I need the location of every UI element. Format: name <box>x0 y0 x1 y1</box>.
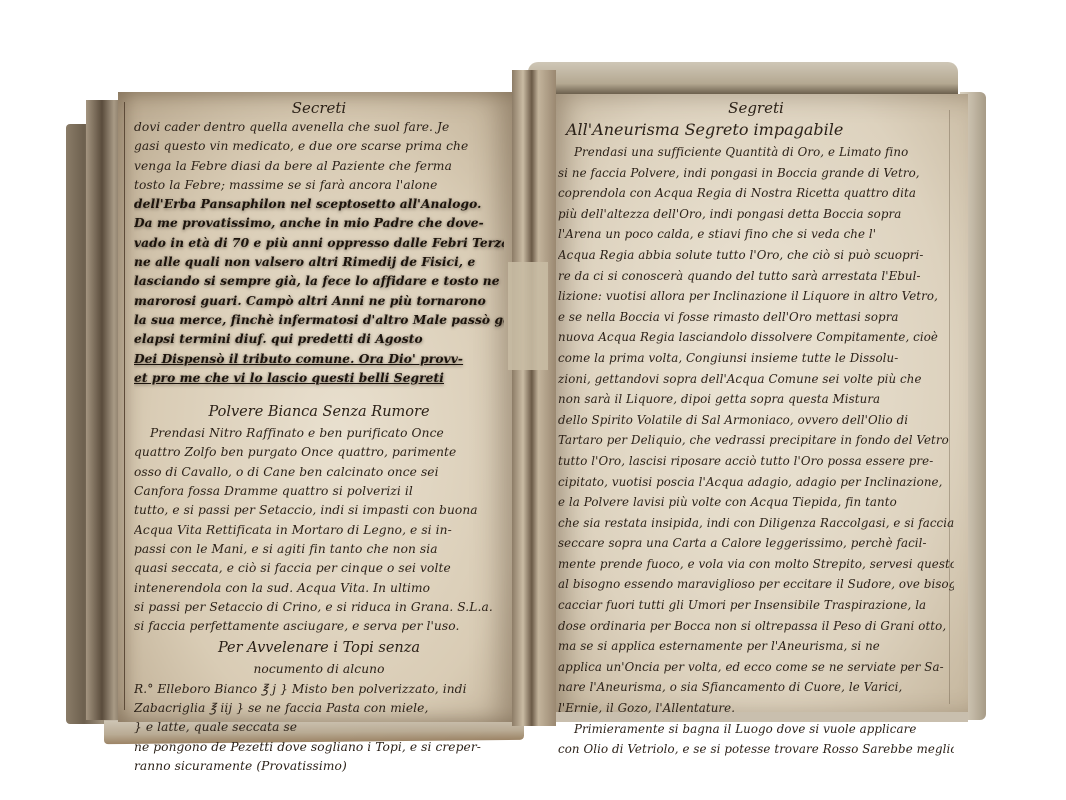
text-line: al bisogno essendo maraviglioso per ecci… <box>558 574 954 595</box>
text-line: dose ordinaria per Bocca non si oltrepas… <box>558 616 954 637</box>
text-line: ranno sicuramente (Provatissimo) <box>134 757 504 776</box>
text-line: l'Arena un poco calda, e stiavi fino che… <box>558 224 954 245</box>
text-line: dovi cader dentro quella avenella che su… <box>134 118 504 137</box>
text-line: si ne faccia Polvere, indi pongasi in Bo… <box>558 163 954 184</box>
right-page-text: Segreti All'Aneurisma Segreto impagabile… <box>558 98 954 760</box>
text-line: la sua merce, finchè infermatosi d'altro… <box>134 311 504 330</box>
text-line: tutto l'Oro, lascisi riposare acciò tutt… <box>558 451 954 472</box>
text-line: come la prima volta, Congiunsi insieme t… <box>558 348 954 369</box>
text-line: } e latte, quale seccata se <box>134 718 504 737</box>
text-line: ne pongono de Pezetti dove sogliano i To… <box>134 738 504 757</box>
text-line: e la Polvere lavisi più volte con Acqua … <box>558 492 954 513</box>
text-line: Prendasi Nitro Raffinato e ben purificat… <box>134 424 504 443</box>
text-line: osso di Cavallo, o di Cane ben calcinato… <box>134 463 504 482</box>
section-subheading: nocumento di alcuno <box>134 660 504 679</box>
text-line: intenerendola con la sud. Acqua Vita. In… <box>134 579 504 598</box>
left-margin-rule <box>124 102 125 710</box>
section-heading: Per Avvelenare i Topi senza <box>134 636 504 660</box>
text-line: et pro me che vi lo lascio questi belli … <box>134 369 504 388</box>
text-line: nuova Acqua Regia lasciandolo dissolvere… <box>558 327 954 348</box>
text-line: Primieramente si bagna il Luogo dove si … <box>558 719 954 740</box>
text-line: elapsi termini diuf. qui predetti di Ago… <box>134 330 504 349</box>
text-line: vado in età di 70 e più anni oppresso da… <box>134 234 504 253</box>
text-line: Prendasi una sufficiente Quantità di Oro… <box>558 142 954 163</box>
text-line: lizione: vuotisi allora per Inclinazione… <box>558 286 954 307</box>
text-line: tutto, e si passi per Setaccio, indi si … <box>134 501 504 520</box>
text-line: lasciando si sempre già, la fece lo affi… <box>134 272 504 291</box>
text-line: Acqua Regia abbia solute tutto l'Oro, ch… <box>558 245 954 266</box>
text-line: più dell'altezza dell'Oro, indi pongasi … <box>558 204 954 225</box>
text-line: venga la Febre diasi da bere al Paziente… <box>134 157 504 176</box>
open-manuscript-book: Secreti dovi cader dentro quella avenell… <box>0 0 1066 800</box>
text-line: marorosi guari. Campò altri Anni ne più … <box>134 292 504 311</box>
text-line: gasi questo vin medicato, e due ore scar… <box>134 137 504 156</box>
text-line: re da ci si conoscerà quando del tutto s… <box>558 266 954 287</box>
text-line: Zabacriglia ℥ iij } se ne faccia Pasta c… <box>134 699 504 718</box>
text-line: passi con le Mani, e si agiti fin tanto … <box>134 540 504 559</box>
text-line: ma se si applica esternamente per l'Aneu… <box>558 636 954 657</box>
text-line: seccare sopra una Carta a Calore leggeri… <box>558 533 954 554</box>
page-title: All'Aneurisma Segreto impagabile <box>558 118 954 142</box>
text-line: Tartaro per Deliquio, che vedrassi preci… <box>558 430 954 451</box>
text-line: si passi per Setaccio di Crino, e si rid… <box>134 598 504 617</box>
text-line: dell'Erba Pansaphilon nel sceptosetto al… <box>134 195 504 214</box>
section-heading: Polvere Bianca Senza Rumore <box>134 400 504 424</box>
text-line: non sarà il Liquore, dipoi getta sopra q… <box>558 389 954 410</box>
text-line: quattro Zolfo ben purgato Once quattro, … <box>134 443 504 462</box>
text-line: R.° Elleboro Bianco ℥ j } Misto ben polv… <box>134 680 504 699</box>
text-line: quasi seccata, e ciò si faccia per cinqu… <box>134 559 504 578</box>
spine-gutter <box>512 70 556 726</box>
text-line: si faccia perfettamente asciugare, e ser… <box>134 617 504 636</box>
text-line: mente prende fuoco, e vola via con molto… <box>558 554 954 575</box>
text-line: ne alle quali non valsero altri Rimedij … <box>134 253 504 272</box>
left-page-text: Secreti dovi cader dentro quella avenell… <box>134 98 504 776</box>
text-line: e se nella Boccia vi fosse rimasto dell'… <box>558 307 954 328</box>
text-line: nare l'Aneurisma, o sia Sfiancamento di … <box>558 677 954 698</box>
text-line: Canfora fossa Dramme quattro si polveriz… <box>134 482 504 501</box>
text-line: l'Ernie, il Gozo, l'Allentature. <box>558 698 954 719</box>
text-line: Dei Dispensò il tributo comune. Ora Dio'… <box>134 350 504 369</box>
running-head: Secreti <box>134 98 504 118</box>
text-line: Da me provatissimo, anche in mio Padre c… <box>134 214 504 233</box>
text-line: Acqua Vita Rettificata in Mortaro di Leg… <box>134 521 504 540</box>
text-line: con Olio di Vetriolo, e se si potesse tr… <box>558 739 954 760</box>
text-line: cipitato, vuotisi poscia l'Acqua adagio,… <box>558 472 954 493</box>
text-line: che sia restata insipida, indi con Dilig… <box>558 513 954 534</box>
text-line: zioni, gettandovi sopra dell'Acqua Comun… <box>558 369 954 390</box>
text-line: tosto la Febre; massime se si farà ancor… <box>134 176 504 195</box>
text-line: coprendola con Acqua Regia di Nostra Ric… <box>558 183 954 204</box>
text-line: cacciar fuori tutti gli Umori per Insens… <box>558 595 954 616</box>
text-line: applica un'Oncia per volta, ed ecco come… <box>558 657 954 678</box>
spine-repair-patch <box>508 262 548 370</box>
running-head: Segreti <box>558 98 954 118</box>
right-top-edge <box>528 62 958 98</box>
text-line: dello Spirito Volatile di Sal Armoniaco,… <box>558 410 954 431</box>
